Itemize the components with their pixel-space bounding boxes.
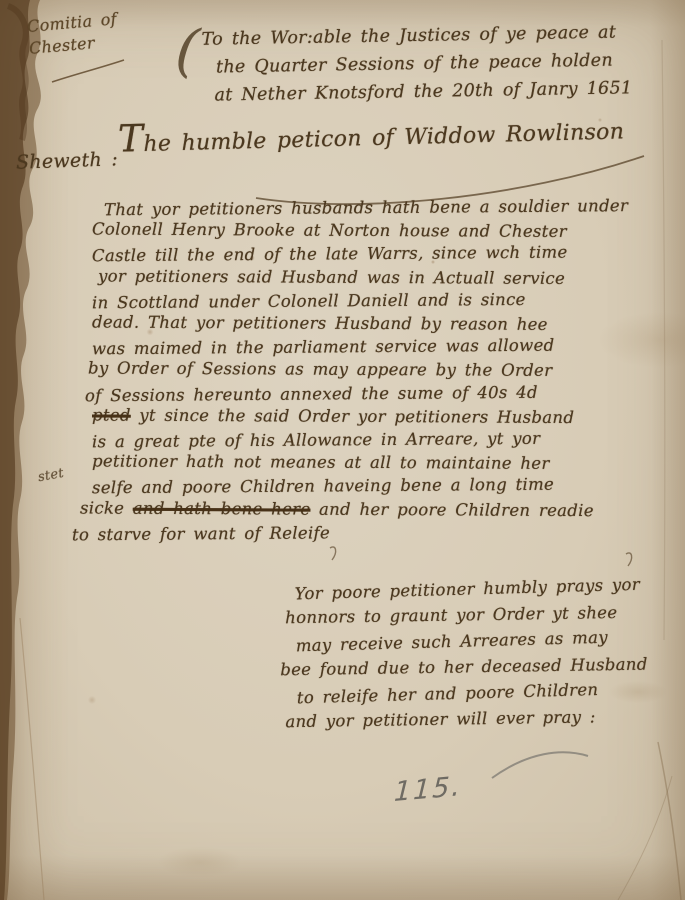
text-segment: by Order of Sessions as may appeare by t…: [88, 359, 552, 380]
text-segment: honnors to graunt yor Order yt shee: [285, 603, 617, 627]
text-segment: yt since the said Order yor petitioners …: [131, 406, 575, 427]
text-segment: the Quarter Sessions of the peace holden: [216, 51, 613, 78]
text-segment: bee found due to her deceased Husband: [280, 655, 648, 680]
manuscript-page: Comitia of Chester ( To the Wor:able the…: [0, 0, 685, 900]
text-segment: sicke: [80, 498, 133, 517]
text-line: yor petitioners said Husband was in Actu…: [98, 264, 672, 290]
text-segment: To the Wor:able the Justices of ye peace…: [201, 23, 616, 50]
struck-text: pted: [92, 405, 131, 424]
text-segment: was maimed in the parliament service was…: [92, 336, 555, 359]
archive-annotation: Comitia of Chester: [26, 8, 119, 60]
prayer-lines: Yor poore petitioner humbly prays yorhon…: [294, 572, 681, 736]
text-segment: and yor petitioner will ever pray :: [285, 707, 596, 731]
torn-edge-stain: [0, 0, 41, 900]
text-line: selfe and poore Children haveing bene a …: [92, 472, 672, 500]
text-segment: yor petitioners said Husband was in Actu…: [98, 266, 565, 287]
text-segment: of Sessions hereunto annexed the sume of…: [85, 382, 538, 405]
text-segment: to starve for want of Releife: [72, 523, 330, 544]
text-segment: Castle till the end of the late Warrs, s…: [92, 243, 568, 266]
text-segment: That yor petitioners husbands hath bene …: [104, 196, 628, 219]
text-segment: dead. That yor petitioners Husband by re…: [92, 312, 548, 333]
folio-page-number: 115.: [393, 771, 463, 808]
pencil-stroke: [492, 752, 588, 778]
text-line: Castle till the end of the late Warrs, s…: [92, 240, 672, 268]
text-line: and yor petitioner will ever pray :: [285, 703, 681, 735]
text-segment: at Nether Knotsford the 20th of Janry 16…: [214, 78, 632, 105]
text-segment: selfe and poore Children haveing bene a …: [92, 475, 554, 498]
text-segment: may receive such Arreares as may: [296, 628, 609, 656]
petition-heading: To the Wor:able the Justices of ye peace…: [201, 18, 632, 109]
petition-body: That yor petitioners husbands hath bene …: [92, 196, 672, 544]
heading-lines: To the Wor:able the Justices of ye peace…: [201, 18, 632, 109]
body-lines: That yor petitioners husbands hath bene …: [92, 196, 672, 544]
sheweth-label: Sheweth :: [16, 148, 119, 174]
heading-bracket-flourish: (: [173, 15, 203, 85]
text-segment: and her poore Children readie: [310, 499, 593, 519]
text-segment: is a great pte of his Allowance in Arrea…: [92, 429, 540, 452]
struck-text: and hath bene here: [133, 498, 311, 518]
text-line: by Order of Sessions as may appeare by t…: [88, 357, 672, 383]
petition-title: The humble peticon of Widdow Rowlinson: [118, 103, 625, 160]
text-segment: Yor poore petitioner humbly prays yor: [294, 575, 640, 604]
text-segment: in Scottland under Colonell Daniell and …: [92, 290, 526, 312]
text-segment: Colonell Henry Brooke at Norton house an…: [92, 220, 567, 241]
text-segment: to releife her and poore Children: [297, 680, 599, 707]
prayer-clause: Yor poore petitioner humbly prays yorhon…: [294, 572, 681, 736]
text-line: to starve for want of Releife: [72, 518, 672, 546]
text-segment: petitioner hath not meanes at all to mai…: [92, 452, 550, 473]
margin-note: stet: [37, 466, 65, 485]
